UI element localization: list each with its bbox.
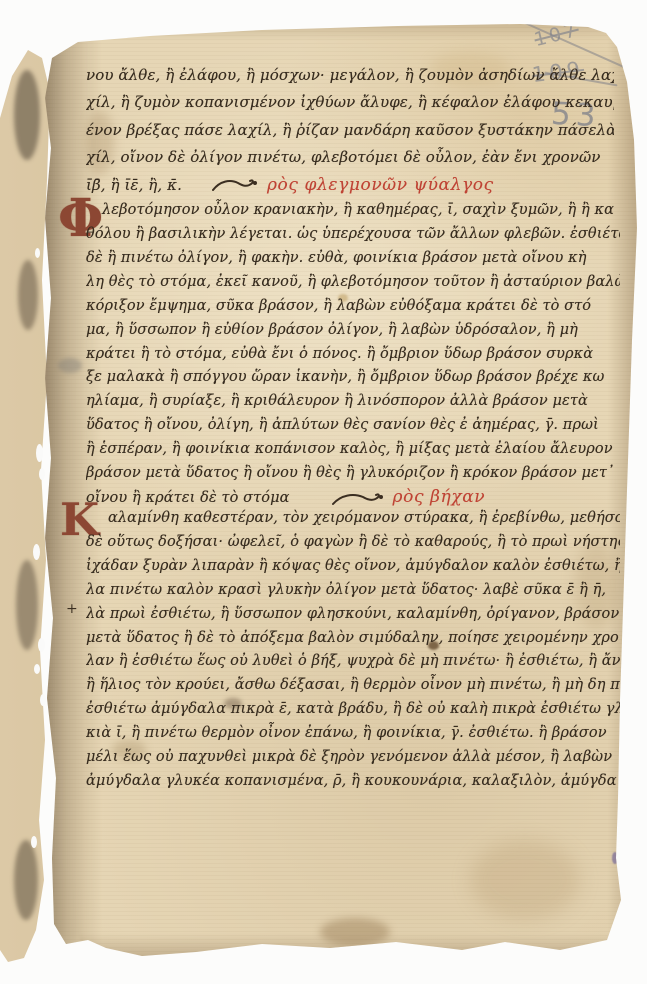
rubric-heading: ρὸς φλεγμονῶν ψύαλγος	[267, 172, 494, 199]
manuscript-line: αλαμίνθη καθεστέραν, τὸν χειρόμανον στύρ…	[86, 507, 620, 531]
recipe2-block: αλαμίνθη καθεστέραν, τὸν χειρόμανον στύρ…	[86, 507, 620, 794]
manuscript-line: λα πινέτω καλὸν κρασὶ γλυκὴν ὀλίγον μετὰ…	[86, 579, 620, 603]
manuscript-line: μέλι ἕως οὐ παχυνθεὶ μικρὰ δὲ ξηρὸν γενό…	[86, 746, 620, 770]
heading-swash-icon	[332, 492, 384, 506]
margin-plus-mark: +	[66, 601, 78, 617]
manuscript-line: κιὰ ῑ, ἢ πινέτω θερμὸν οἶνον ἐπάνω, ἢ φο…	[86, 722, 620, 746]
manuscript-page: 107 109 53 νου ἄλθε, ἢ ἐλάφου, ἢ μόσχων·…	[0, 0, 647, 984]
gutter-gap	[40, 694, 46, 706]
manuscript-line: κόριξον ἔμψημα, σῦκα βράσον, ἢ λαβὼν εὐθ…	[86, 295, 620, 319]
gutter-gap	[34, 664, 40, 674]
manuscript-line: μετὰ ὕδατος ἢ δὲ τὸ ἀπόξεμα βαλὸν σιμύδα…	[86, 627, 620, 651]
gutter-gap	[39, 468, 45, 480]
gutter-gap	[35, 248, 40, 258]
manuscript-line: ηλίαμα, ἢ συρίαξε, ἢ κριθάλευρον ἢ λινόσ…	[86, 390, 620, 414]
recipe1-lines: λεβοτόμησον οὖλον κρανιακὴν, ἢ καθημέρας…	[86, 199, 620, 486]
manuscript-line: λαν ἢ ἐσθιέτω ἕως οὐ λυθεὶ ὁ βήξ, ψυχρὰ …	[86, 650, 620, 674]
recipe2-lines: αλαμίνθη καθεστέραν, τὸν χειρόμανον στύρ…	[86, 507, 620, 794]
manuscript-line: δὲ ἢ πινέτω ὀλίγον, ἢ φακὴν. εὐθὰ, φοινί…	[86, 247, 620, 271]
manuscript-line: ἰχάδαν ξυρὰν λιπαρὰν ἢ κόψας θὲς οἴνον, …	[86, 555, 620, 579]
ink-spot	[612, 852, 618, 864]
intro-block: νου ἄλθε, ἢ ἐλάφου, ἢ μόσχων· μεγάλον, ἢ…	[86, 62, 614, 199]
manuscript-line: βράσον μετὰ ὕδατος ἢ οἴνου ἢ θὲς ἢ γλυκό…	[86, 462, 620, 486]
manuscript-line: λη θὲς τὸ στόμα, ἐκεῖ κανοῦ, ἢ φλεβοτόμη…	[86, 271, 620, 295]
stain	[470, 840, 580, 920]
manuscript-scan: 107 109 53 νου ἄλθε, ἢ ἐλάφου, ἢ μόσχων·…	[0, 0, 647, 984]
numerals-and-heading-row: ῑβ̄, ἢ ῑε̄, ἢ, κ̄. ρὸς φλεγμονῶν ψύαλγος	[86, 172, 614, 199]
manuscript-line: λεβοτόμησον οὖλον κρανιακὴν, ἢ καθημέρας…	[86, 199, 620, 223]
manuscript-line: μα, ἢ ὕσσωπον ἢ εὐθίον βράσον ὀλίγον, ἢ …	[86, 319, 620, 343]
manuscript-line: ξε μαλακὰ ἢ σπόγγου ὥραν ἱκανὴν, ἢ ὄμβρι…	[86, 366, 620, 390]
manuscript-line: δὲ οὕτως δοξήσαι· ὠφελεῖ, ὁ φαγὼν ἢ δὲ τ…	[86, 531, 620, 555]
heading-swash-icon	[212, 178, 258, 192]
gutter-gap	[33, 544, 40, 560]
manuscript-line: χίλ, οἴνον δὲ ὀλίγον πινέτω, φλεβοτόμει …	[86, 144, 614, 171]
manuscript-line: θόλου ἢ βασιλικὴν λέγεται. ὡς ὑπερέχουσα…	[86, 223, 620, 247]
manuscript-line: ἢ ἑσπέραν, ἢ φοινίκια κοπάνισον καλὸς, ἢ…	[86, 438, 620, 462]
manuscript-line: ἀμύγδαλα γλυκέα κοπανισμένα, ρ̄, ἢ κουκο…	[86, 770, 620, 794]
manuscript-line: νου ἄλθε, ἢ ἐλάφου, ἢ μόσχων· μεγάλον, ἢ…	[86, 62, 614, 89]
manuscript-line: ἐσθιέτω ἀμύγδαλα πικρὰ ε̄, κατὰ βράδυ, ἢ…	[86, 698, 620, 722]
gutter-gap	[38, 638, 45, 652]
edge-blotch	[16, 560, 38, 650]
manuscript-line: ὕδατος ἢ οἴνου, ὀλίγη, ἢ ἀπλύτων θὲς σαν…	[86, 414, 620, 438]
gutter-gap	[31, 836, 37, 848]
gutter-gap	[36, 444, 43, 462]
stain	[320, 918, 390, 946]
edge-blotch	[18, 260, 38, 330]
intro-lines: νου ἄλθε, ἢ ἐλάφου, ἢ μόσχων· μεγάλον, ἢ…	[86, 62, 614, 172]
edge-blotch	[14, 70, 40, 160]
page-edge-wear	[634, 40, 647, 964]
edge-blotch	[14, 840, 38, 920]
manuscript-line: κράτει ἢ τὸ στόμα, εὐθὰ ἔνι ὁ πόνος. ἢ ὄ…	[86, 343, 620, 367]
manuscript-line: χίλ, ἢ ζυμὸν κοπανισμένον ἰχθύων ἄλυφε, …	[86, 89, 614, 116]
manuscript-line: ένον βρέξας πάσε λαχίλ, ἢ ῥίζαν μανδάρη …	[86, 117, 614, 144]
manuscript-line: λὰ πρωὶ ἐσθιέτω, ἢ ὕσσωπον φλησκούνι, κα…	[86, 603, 620, 627]
manuscript-line: ἢ ἥλιος τὸν κρούει, ἄσθω δέξασαι, ἢ θερμ…	[86, 674, 620, 698]
margin-smudge	[58, 358, 82, 373]
recipe1-block: λεβοτόμησον οὖλον κρανιακὴν, ἢ καθημέρας…	[86, 199, 620, 511]
